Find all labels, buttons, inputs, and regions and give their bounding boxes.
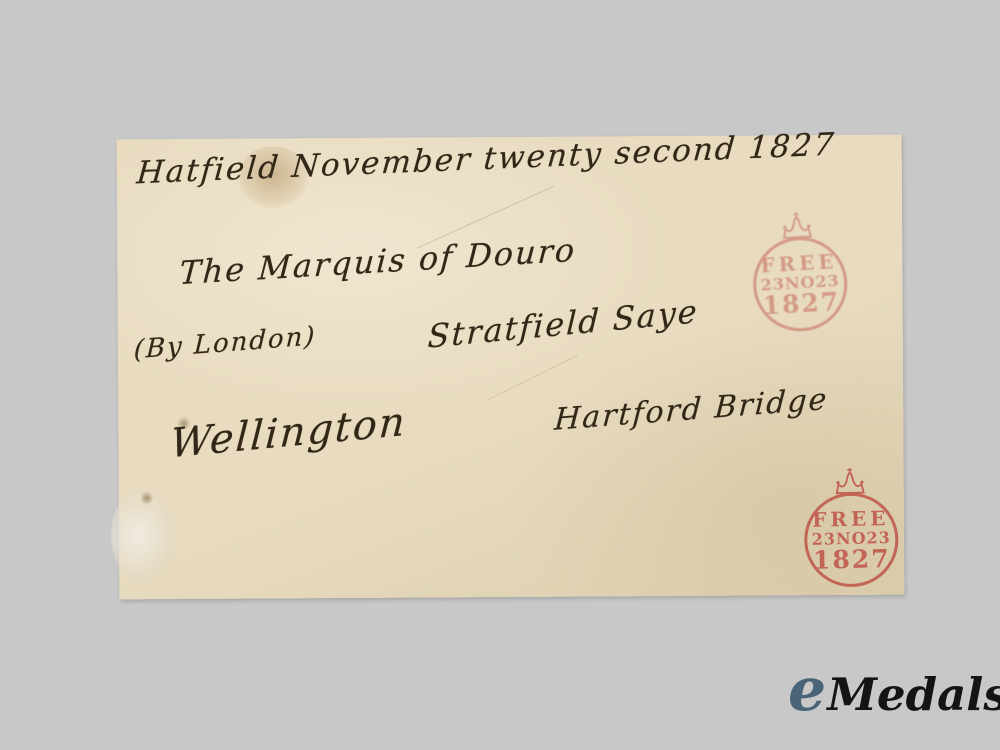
envelope: Hatfield November twenty second 1827 The… [117, 135, 905, 600]
emedals-watermark: e Medals [788, 660, 1000, 720]
paper-stain [141, 491, 153, 505]
crown-icon [827, 464, 874, 496]
postal-free-frank-stamp-lower: FREE 23NO23 1827 [802, 464, 901, 588]
emedals-logo-text: Medals [827, 672, 1000, 717]
stamp-free-text: FREE [812, 508, 890, 531]
handwritten-address-line-2: Hartford Bridge [553, 382, 829, 438]
handwritten-route-note: (By London) [133, 321, 317, 365]
postal-free-frank-stamp-upper: FREE 23NO23 1827 [748, 207, 851, 334]
crown-icon [773, 208, 821, 242]
photo-background: Hatfield November twenty second 1827 The… [0, 0, 1000, 750]
stamp-circle: FREE 23NO23 1827 [751, 235, 850, 334]
stamp-circle: FREE 23NO23 1827 [803, 492, 899, 588]
handwritten-date-line: Hatfield November twenty second 1827 [135, 127, 837, 192]
paper-crease [488, 355, 578, 400]
handwritten-recipient-line: The Marquis of Douro [178, 231, 577, 292]
stamp-year-text: 1827 [762, 289, 841, 320]
handwritten-signature: Wellington [169, 399, 408, 468]
emedals-logo-e: e [788, 660, 826, 720]
handwritten-address-line-1: Stratfield Saye [427, 292, 700, 356]
paper-stain [111, 487, 178, 583]
stamp-year-text: 1827 [813, 546, 891, 574]
